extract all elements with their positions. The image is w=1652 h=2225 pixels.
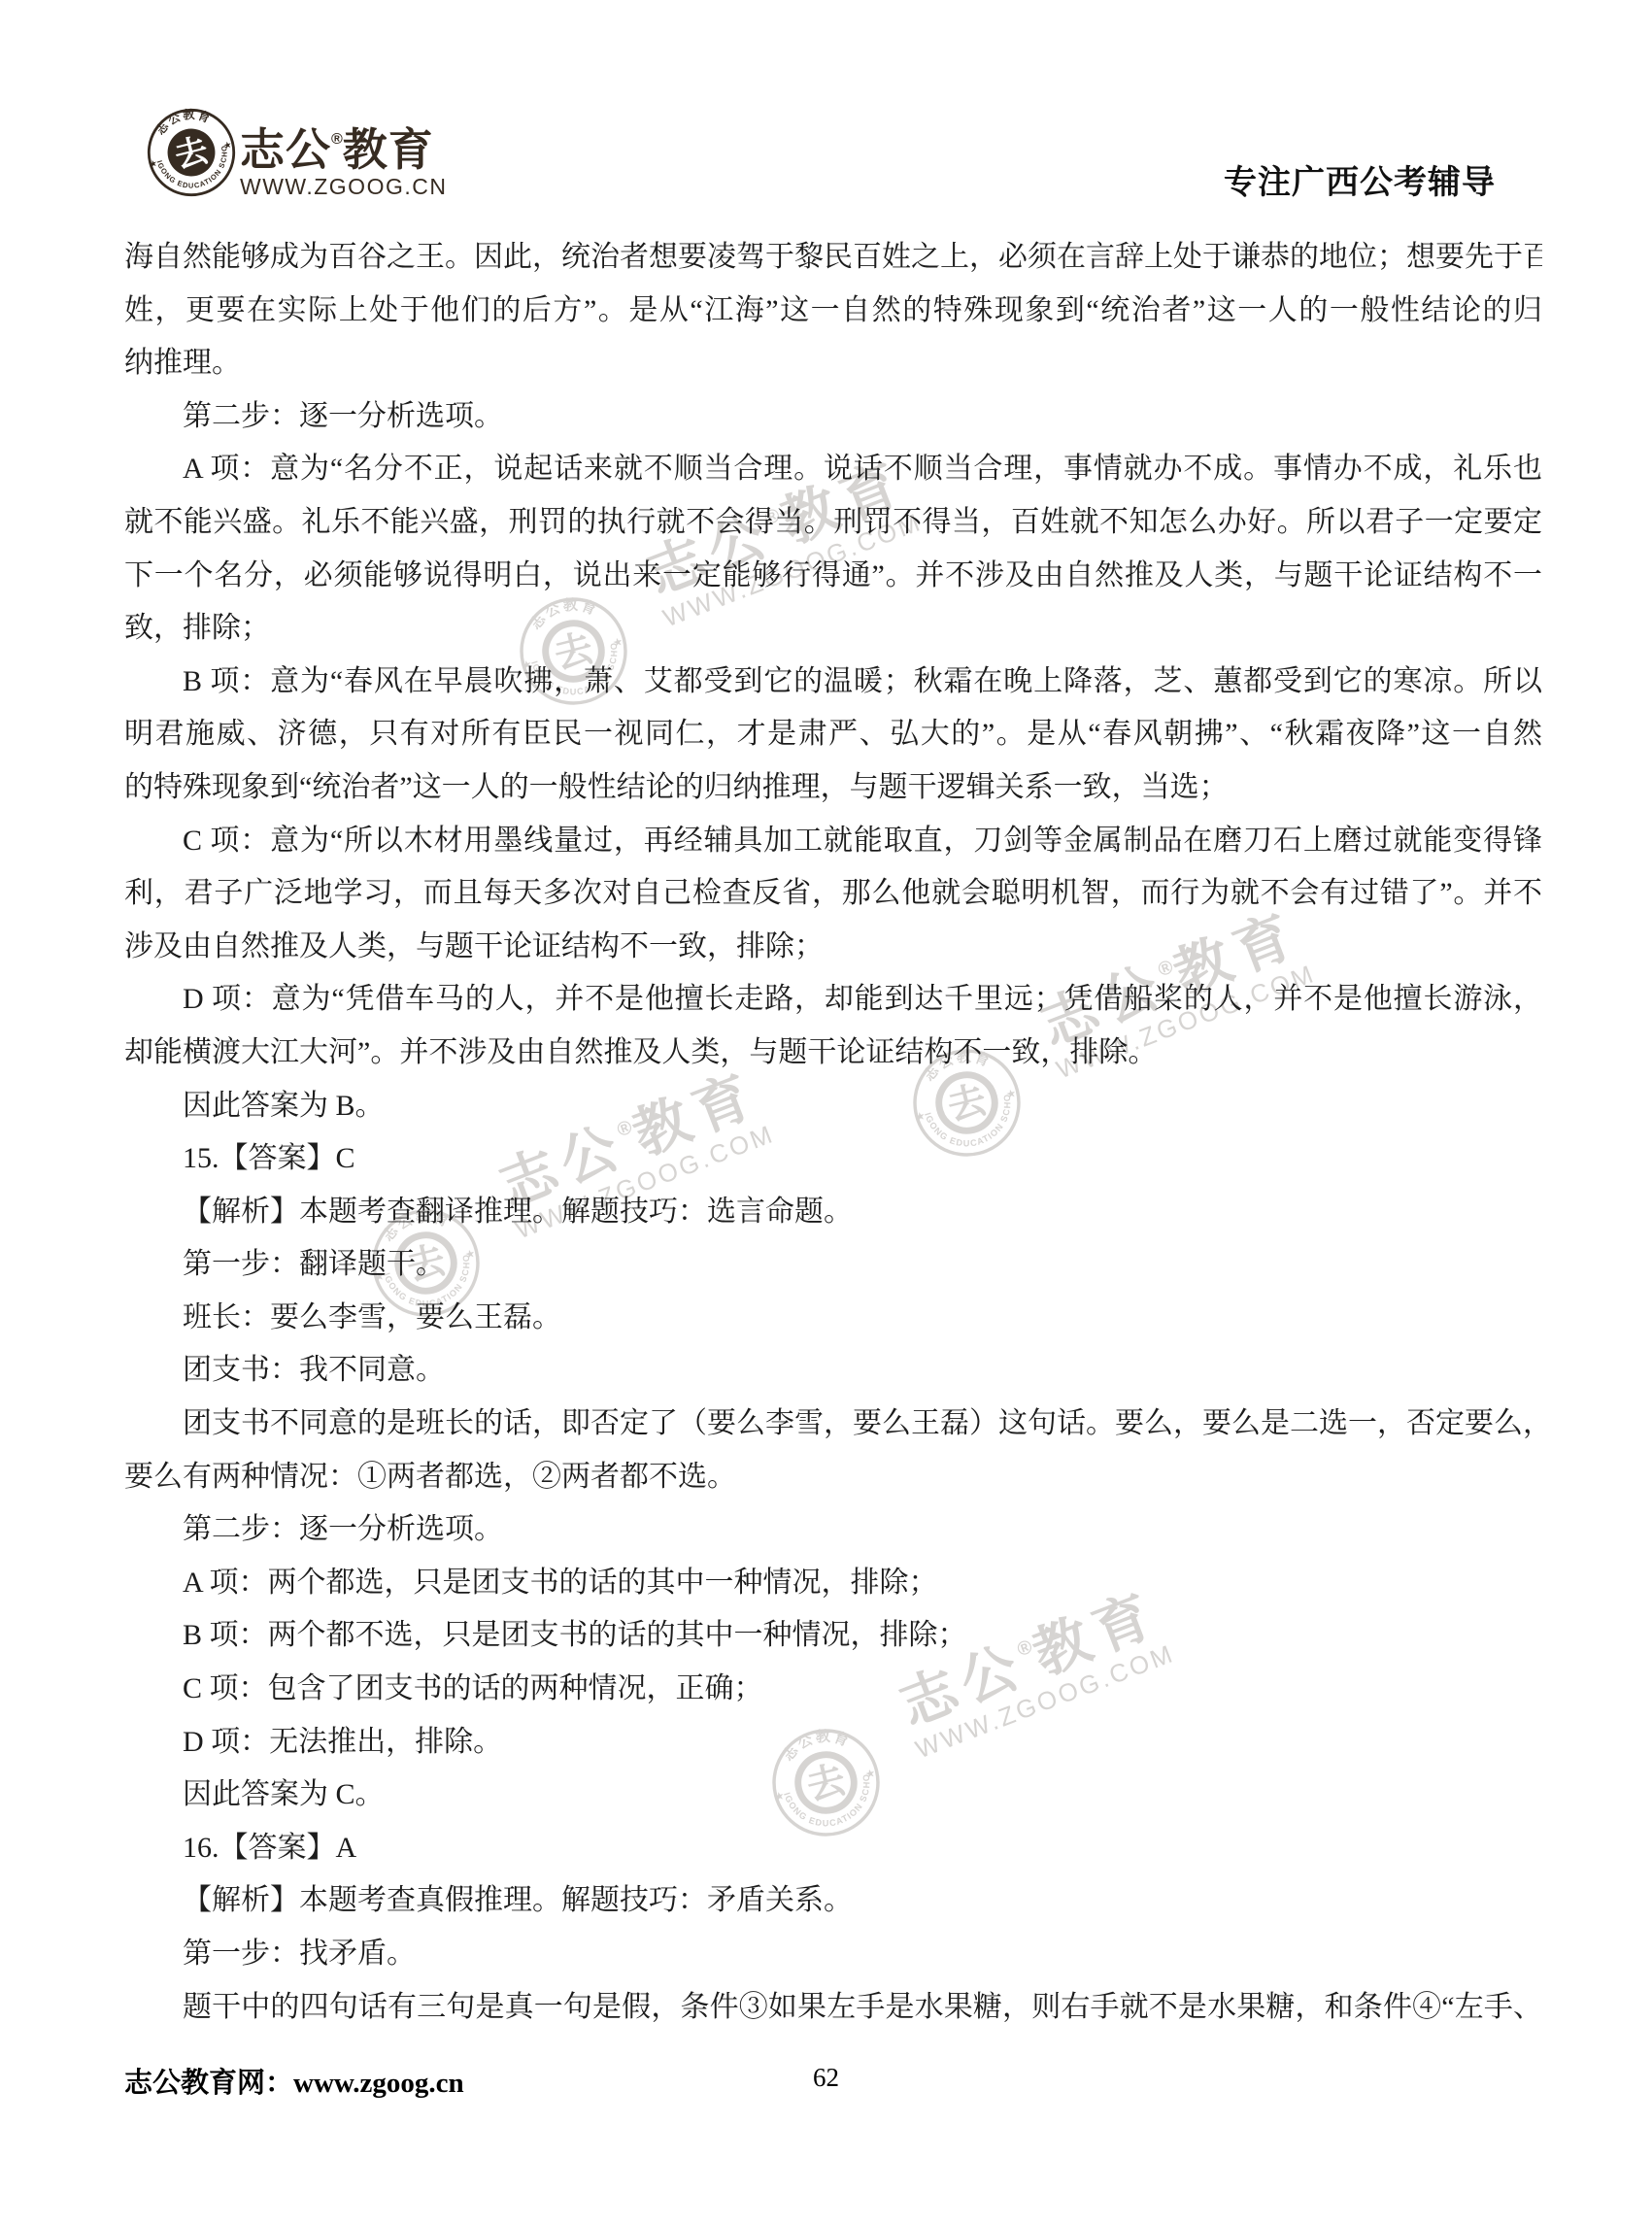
text-line: 明君施威、济德，只有对所有臣民一视同仁，才是肃严、弘大的”。是从“春风朝拂”、“… <box>124 708 1542 761</box>
text-line: 海自然能够成为百谷之王。因此，统治者想要凌驾于黎民百姓之上，必须在言辞上处于谦恭… <box>124 231 1542 285</box>
text-line: B 项：意为“春风在早晨吹拂，萧、艾都受到它的温暖；秋霜在晚上降落，芝、蕙都受到… <box>124 656 1542 709</box>
text-line: C 项：包含了团支书的话的两种情况，正确； <box>124 1663 1542 1716</box>
text-line: 第二步：逐一分析选项。 <box>124 390 1542 444</box>
logo-url: WWW.ZGOOG.CN <box>240 175 447 198</box>
text-line: B 项：两个都不选，只是团支书的话的其中一种情况，排除； <box>124 1609 1542 1663</box>
zhigong-logo-seal-icon: 志公教育 ZHIGONG EDUCATION SCHOOL ★ ★ 去 <box>136 97 247 208</box>
text-line: D 项：无法推出，排除。 <box>124 1716 1542 1770</box>
page-footer: 志公教育网：www.zgoog.cn 62 <box>0 2061 1652 2105</box>
text-line: 【解析】本题考查翻译推理。解题技巧：选言命题。 <box>124 1186 1542 1239</box>
text-line: A 项：两个都选，只是团支书的话的其中一种情况，排除； <box>124 1557 1542 1610</box>
page-number: 62 <box>0 2063 1652 2093</box>
text-line: A 项：意为“名分不正，说起话来就不顺当合理。说话不顺当合理，事情就办不成。事情… <box>124 443 1542 496</box>
text-line: 团支书：我不同意。 <box>124 1344 1542 1398</box>
text-line: 题干中的四句话有三句是真一句是假，条件③如果左手是水果糖，则右手就不是水果糖，和… <box>124 1981 1542 2035</box>
text-line: 因此答案为 B。 <box>124 1080 1542 1133</box>
text-line: 第一步：找矛盾。 <box>124 1928 1542 1981</box>
text-line: C 项：意为“所以木材用墨线量过，再经辅具加工就能取直，刀剑等金属制品在磨刀石上… <box>124 815 1542 868</box>
text-line: 团支书不同意的是班长的话，即否定了（要么李雪，要么王磊）这句话。要么，要么是二选… <box>124 1398 1542 1451</box>
text-line: 【解析】本题考查真假推理。解题技巧：矛盾关系。 <box>124 1874 1542 1928</box>
text-line: 却能横渡大江大河”。并不涉及由自然推及人类，与题干论证结构不一致，排除。 <box>124 1027 1542 1080</box>
document-body: 海自然能够成为百谷之王。因此，统治者想要凌驾于黎民百姓之上，必须在言辞上处于谦恭… <box>124 231 1542 2034</box>
logo-text: 志公®教育 WWW.ZGOOG.CN <box>240 115 447 198</box>
logo-brand: 志公®教育 <box>240 115 447 175</box>
header-slogan: 专注广西公考辅导 <box>1224 155 1496 203</box>
text-line: 第一步：翻译题干。 <box>124 1238 1542 1292</box>
svg-text:★: ★ <box>149 159 159 171</box>
text-line: 因此答案为 C。 <box>124 1769 1542 1822</box>
page-header: 志公教育 ZHIGONG EDUCATION SCHOOL ★ ★ 去 志公®教… <box>0 0 1652 204</box>
text-line: 16.【答案】A <box>124 1822 1542 1875</box>
text-line: 姓，更要在实际上处于他们的后方”。是从“江海”这一自然的特殊现象到“统治者”这一… <box>124 285 1542 338</box>
text-line: D 项：意为“凭借车马的人，并不是他擅长走路，却能到达千里远；凭借船桨的人，并不… <box>124 973 1542 1027</box>
text-line: 的特殊现象到“统治者”这一人的一般性结论的归纳推理，与题干逻辑关系一致，当选； <box>124 761 1542 815</box>
document-page: 志公教育 ZHIGONG EDUCATION SCHOOL ★ ★ 去 志公®教… <box>0 0 1652 2225</box>
text-line: 致，排除； <box>124 602 1542 656</box>
text-line: 纳推理。 <box>124 337 1542 390</box>
text-line: 第二步：逐一分析选项。 <box>124 1503 1542 1557</box>
text-line: 要么有两种情况：①两者都选，②两者都不选。 <box>124 1451 1542 1504</box>
text-line: 班长：要么李雪，要么王磊。 <box>124 1292 1542 1345</box>
text-line: 15.【答案】C <box>124 1132 1542 1186</box>
text-line: 利，君子广泛地学习，而且每天多次对自己检查反省，那么他就会聪明机智，而行为就不会… <box>124 867 1542 921</box>
text-line: 涉及由自然推及人类，与题干论证结构不一致，排除； <box>124 921 1542 974</box>
text-line: 就不能兴盛。礼乐不能兴盛，刑罚的执行就不会得当。刑罚不得当，百姓就不知怎么办好。… <box>124 496 1542 550</box>
text-line: 下一个名分，必须能够说得明白，说出来一定能够行得通”。并不涉及由自然推及人类，与… <box>124 550 1542 603</box>
